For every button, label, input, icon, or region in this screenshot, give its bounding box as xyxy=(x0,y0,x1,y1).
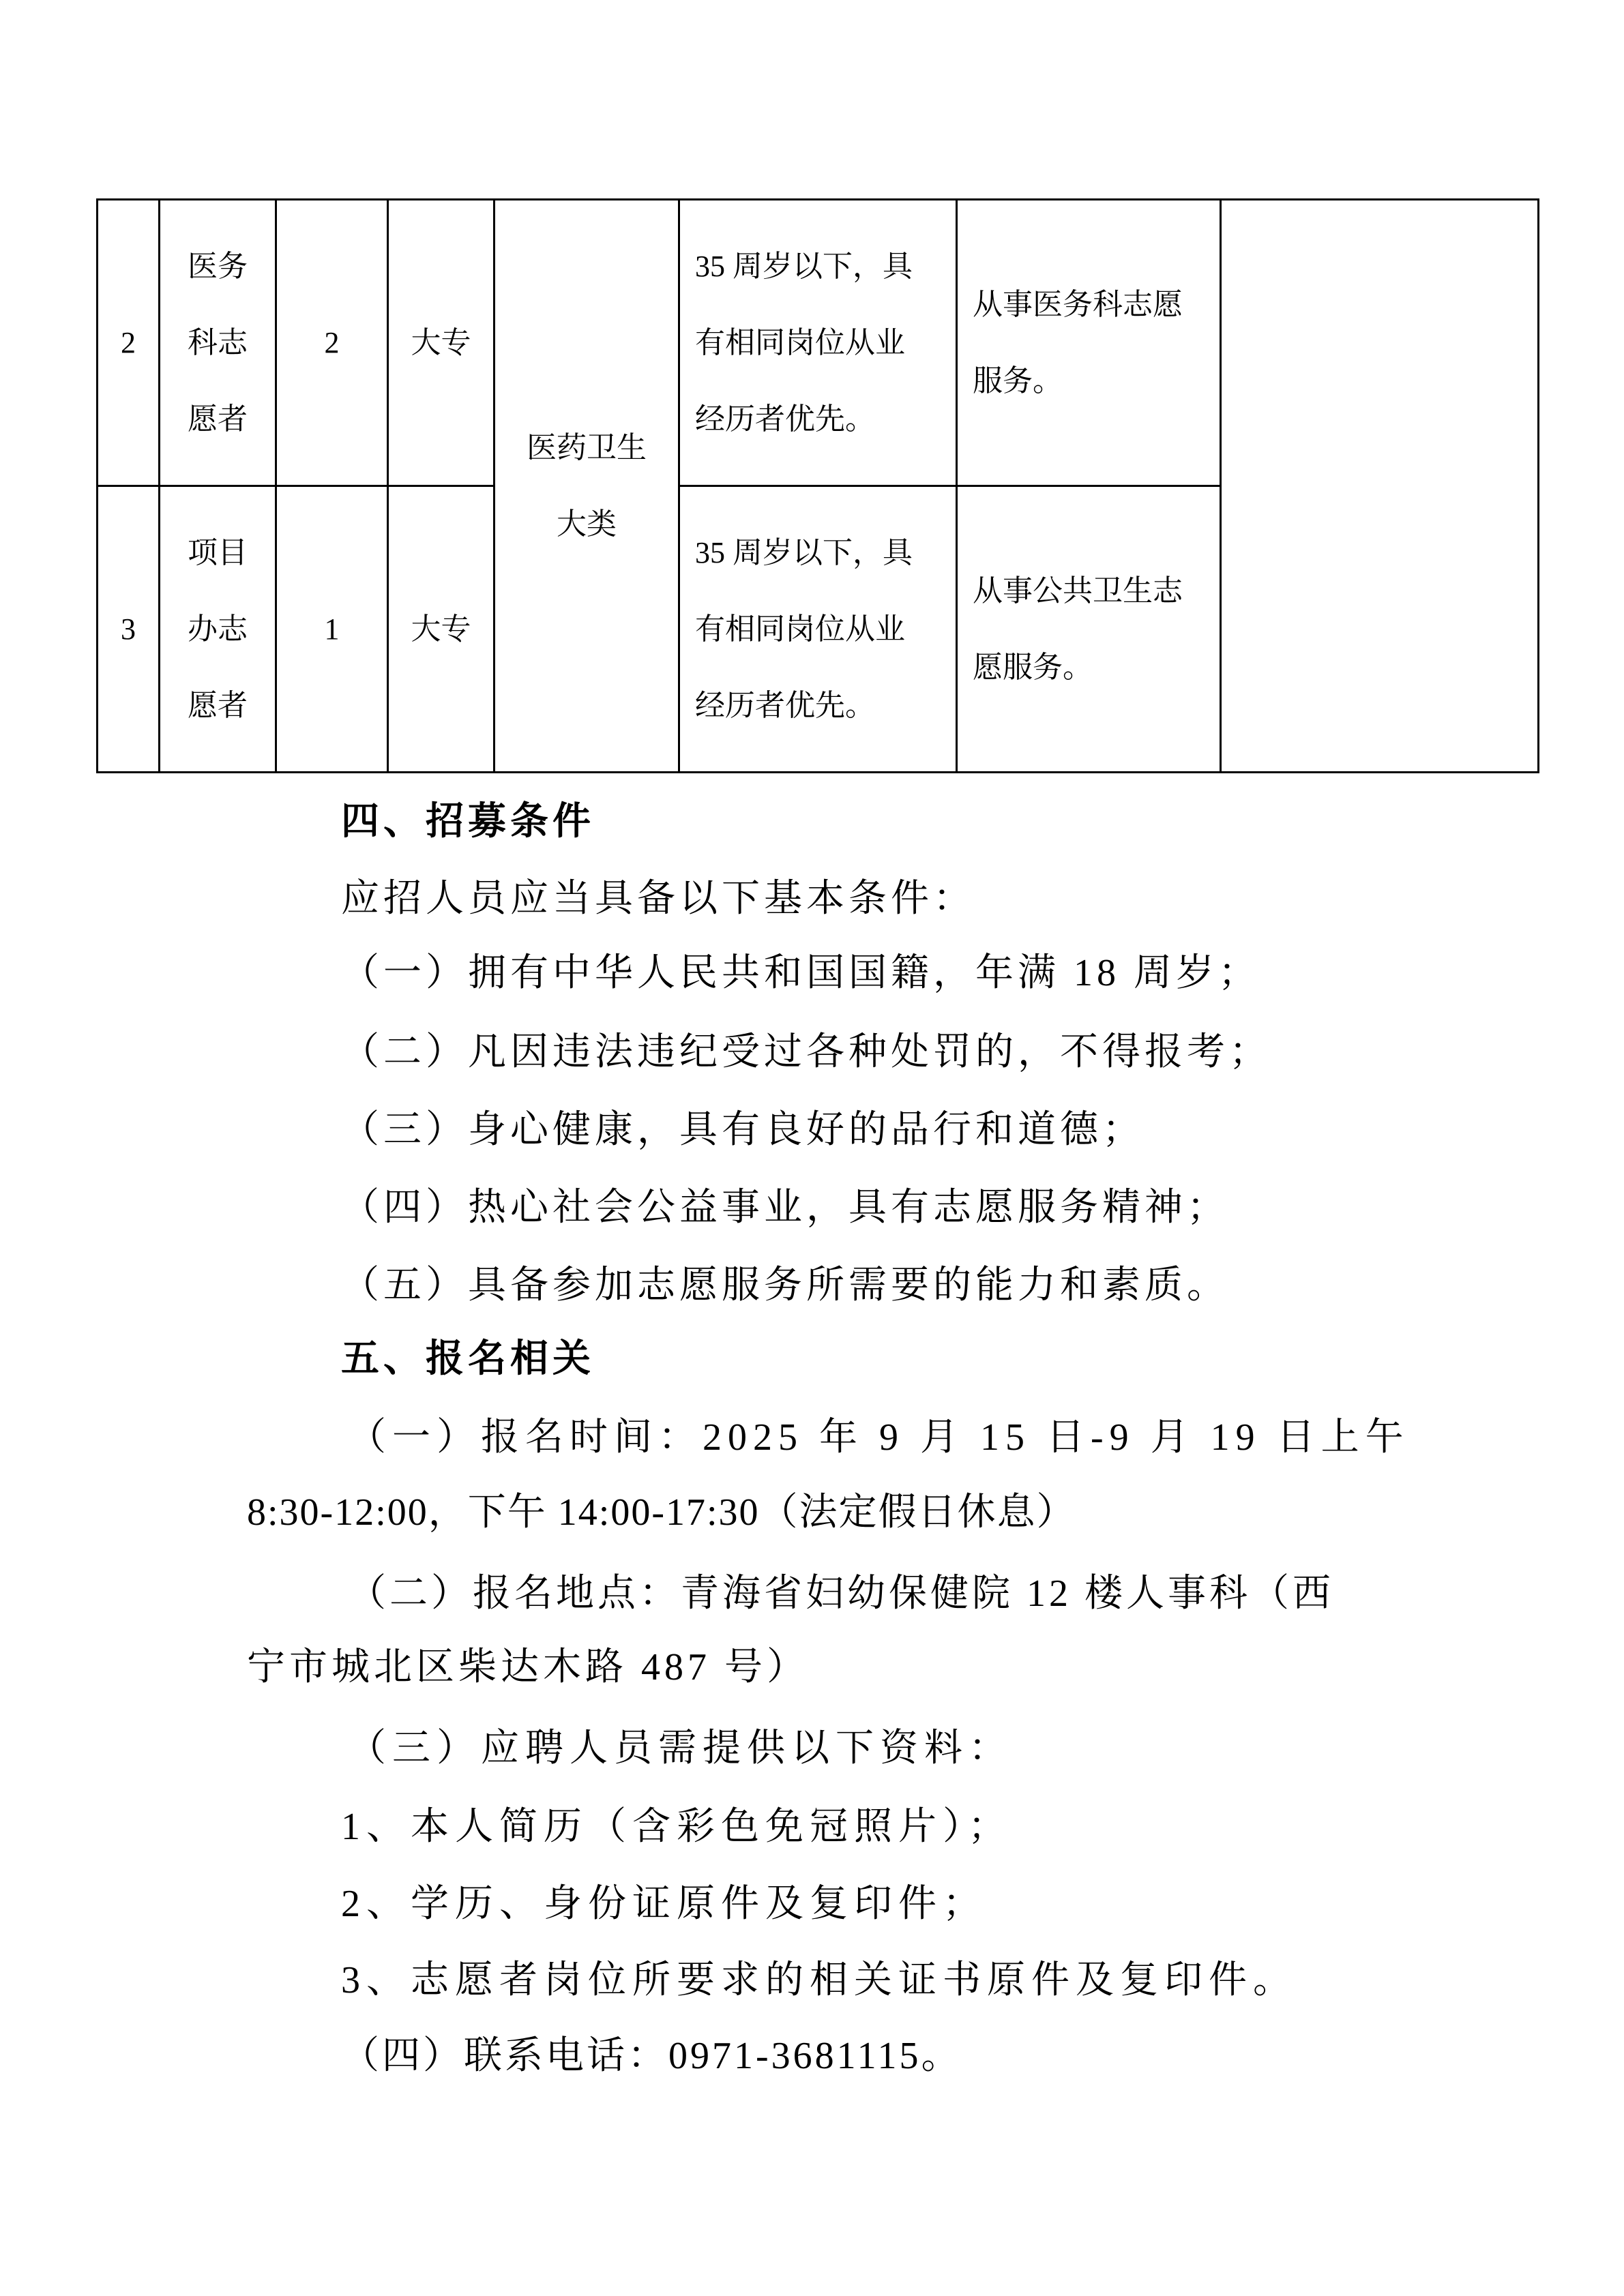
material-item: 1、本人简历（含彩色免冠照片）； xyxy=(341,1803,1012,1851)
headcount: 2 xyxy=(276,200,388,486)
education: 大专 xyxy=(388,200,494,486)
education: 大专 xyxy=(388,486,494,773)
material-item: 2、学历、身份证原件及复印件； xyxy=(341,1880,987,1928)
registration-time-cont: 8:30-12:00，下午 14:00-17:30（法定假日休息） xyxy=(247,1489,1076,1536)
materials-intro: （三）应聘人员需提供以下资料： xyxy=(348,1725,1013,1772)
material-item: 3、志愿者岗位所要求的相关证书原件及复印件。 xyxy=(341,1956,1297,2004)
condition-item: （一）拥有中华人民共和国国籍，年满 18 周岁； xyxy=(341,949,1260,997)
major-category: 医药卫生 大类 xyxy=(494,200,679,773)
duty: 从事医务科志愿 服务。 xyxy=(957,200,1221,486)
positions-table: 2 医务 科志 愿者 2 大专 医药卫生 大类 35 周岁以下，具 有相同岗位从… xyxy=(96,198,1539,773)
remark xyxy=(1221,200,1539,773)
contact-phone: （四）联系电话：0971-3681115。 xyxy=(341,2032,962,2080)
registration-place: （二）报名地点：青海省妇幼保健院 12 楼人事科（西 xyxy=(348,1570,1334,1617)
section5-heading: 五、报名相关 xyxy=(341,1335,595,1383)
condition-item: （三）身心健康，具有良好的品行和道德； xyxy=(341,1106,1145,1154)
section4-heading: 四、招募条件 xyxy=(341,798,595,846)
condition-item: （五）具备参加志愿服务所需要的能力和素质。 xyxy=(341,1262,1229,1309)
requirement: 35 周岁以下，具 有相同岗位从业 经历者优先。 xyxy=(679,486,957,773)
position-name: 项目 办志 愿者 xyxy=(160,486,276,773)
registration-place-cont: 宁市城北区柴达木路 487 号） xyxy=(247,1643,809,1691)
table-row: 2 医务 科志 愿者 2 大专 医药卫生 大类 35 周岁以下，具 有相同岗位从… xyxy=(98,200,1539,486)
section4-intro: 应招人员应当具备以下基本条件： xyxy=(341,875,975,923)
row-number: 2 xyxy=(98,200,160,486)
headcount: 1 xyxy=(276,486,388,773)
duty: 从事公共卫生志 愿服务。 xyxy=(957,486,1221,773)
requirement: 35 周岁以下，具 有相同岗位从业 经历者优先。 xyxy=(679,200,957,486)
condition-item: （二）凡因违法违纪受过各种处罚的，不得报考； xyxy=(341,1028,1271,1076)
row-number: 3 xyxy=(98,486,160,773)
condition-item: （四）热心社会公益事业，具有志愿服务精神； xyxy=(341,1184,1229,1232)
position-name: 医务 科志 愿者 xyxy=(160,200,276,486)
registration-time: （一）报名时间：2025 年 9 月 15 日-9 月 19 日上午 xyxy=(348,1414,1410,1461)
